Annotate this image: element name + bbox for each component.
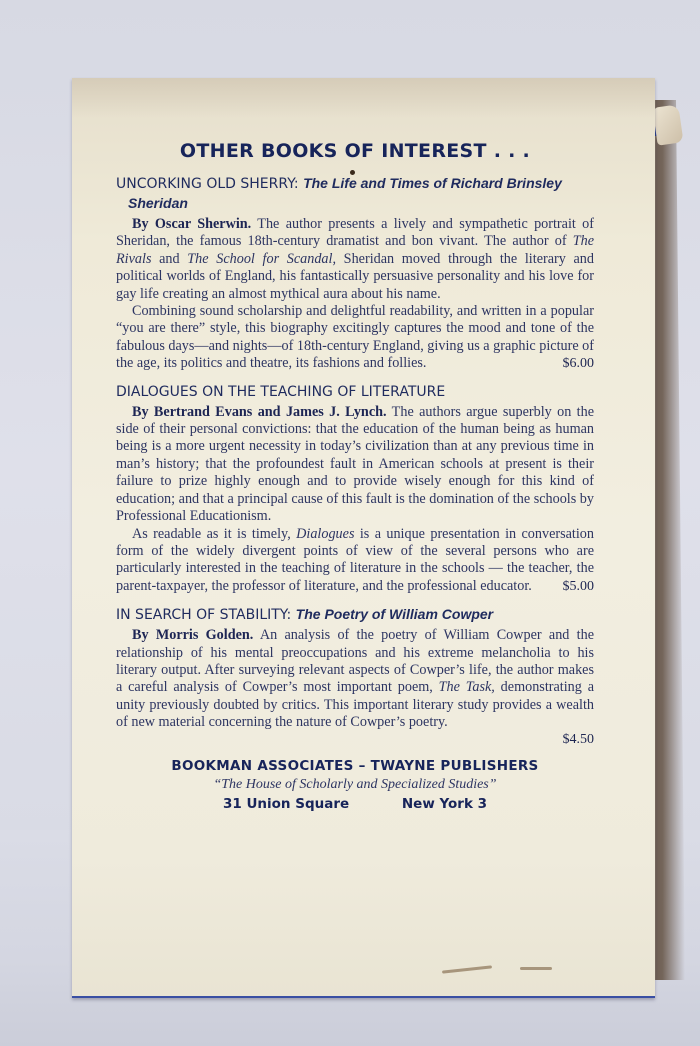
book-description: By Morris Golden. An analysis of the poe… (116, 627, 594, 731)
book-price: $6.00 (547, 355, 595, 372)
book-title: UNCORKING OLD SHERRY: The Life and Times… (116, 174, 594, 214)
book-price: $5.00 (547, 578, 595, 595)
publisher-motto: “The House of Scholarly and Specialized … (116, 777, 594, 793)
book-entry: DIALOGUES ON THE TEACHING OF LITERATUREB… (116, 383, 594, 595)
book-title: IN SEARCH OF STABILITY: The Poetry of Wi… (116, 605, 594, 625)
book-description: Combining sound scholarship and delightf… (116, 303, 594, 373)
publisher-block: BOOKMAN ASSOCIATES – TWAYNE PUBLISHERS “… (116, 758, 594, 812)
book-description: As readable as it is timely, Dialogues i… (116, 526, 594, 596)
section-heading: OTHER BOOKS OF INTEREST . . . (116, 140, 594, 162)
book-author: By Bertrand Evans and James J. Lynch. (132, 404, 387, 420)
book-author: By Morris Golden. (132, 627, 253, 643)
book-subtitle: The Poetry of William Cowper (296, 606, 493, 622)
publisher-street: 31 Union Square (223, 796, 349, 812)
book-title-main: UNCORKING OLD SHERRY: (116, 176, 299, 192)
book-entry: IN SEARCH OF STABILITY: The Poetry of Wi… (116, 605, 594, 747)
book-author: By Oscar Sherwin. (132, 216, 251, 232)
book-description: By Oscar Sherwin. The author presents a … (116, 216, 594, 303)
book-title: DIALOGUES ON THE TEACHING OF LITERATURE (116, 383, 594, 402)
book-entry: UNCORKING OLD SHERRY: The Life and Times… (116, 174, 594, 373)
book-title-main: IN SEARCH OF STABILITY: (116, 607, 291, 623)
jacket-stain (520, 967, 552, 970)
publisher-city: New York 3 (402, 796, 487, 812)
book-list: UNCORKING OLD SHERRY: The Life and Times… (116, 174, 594, 748)
jacket-stain (442, 965, 492, 973)
torn-jacket-corner (652, 104, 683, 145)
jacket-text: OTHER BOOKS OF INTEREST . . . UNCORKING … (116, 140, 594, 812)
book-description: By Bertrand Evans and James J. Lynch. Th… (116, 404, 594, 526)
book-title-main: DIALOGUES ON THE TEACHING OF LITERATURE (116, 384, 445, 400)
publisher-address: 31 Union Square New York 3 (116, 796, 594, 812)
jacket-fold-crease (72, 78, 655, 118)
publisher-name: BOOKMAN ASSOCIATES – TWAYNE PUBLISHERS (116, 758, 594, 774)
book-price: $4.50 (116, 732, 594, 748)
dust-jacket-back: OTHER BOOKS OF INTEREST . . . UNCORKING … (72, 78, 655, 998)
